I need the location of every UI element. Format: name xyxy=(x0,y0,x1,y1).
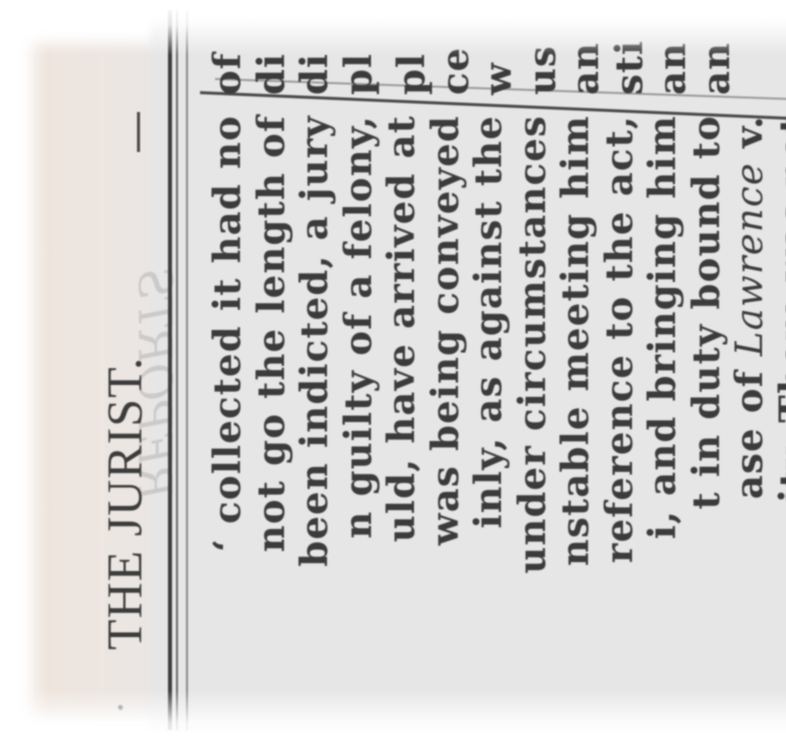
margin-dot xyxy=(118,705,123,710)
running-head-dash xyxy=(137,112,140,152)
fragment: an xyxy=(694,0,738,95)
text-line-case-citation: ase of Lawrence v. xyxy=(727,115,771,715)
fragment: of xyxy=(205,0,249,95)
adjacent-column-fragments: of di di pl pl ce w us an sti an an xyxy=(205,0,737,95)
text-line: under circumstances xyxy=(510,115,554,715)
running-head-title: THE JURIST. xyxy=(95,357,153,650)
text-line: ity. There was not xyxy=(771,115,786,715)
case-name-italic: Lawrence xyxy=(728,162,771,356)
header-rule-faint xyxy=(186,10,188,730)
fragment: us xyxy=(520,0,564,95)
fragment: di xyxy=(249,0,293,95)
text-line: i, and bringing him xyxy=(640,115,684,715)
fragment: di xyxy=(292,0,336,95)
fragment: pl xyxy=(336,0,380,95)
scanned-page-photo: REPORTS THE JURIST. ‘ collected it had n… xyxy=(0,0,786,750)
text-line: been indicted, a jury xyxy=(292,115,336,715)
fragment: w xyxy=(476,0,520,95)
fragment: ce xyxy=(433,0,477,95)
header-rule-thin xyxy=(176,10,178,730)
main-text-column: ‘ collected it had no not go the length … xyxy=(205,115,786,715)
text-line: t in duty bound to xyxy=(684,115,728,715)
fragment: an xyxy=(650,0,694,95)
rotated-page: REPORTS THE JURIST. ‘ collected it had n… xyxy=(0,0,786,750)
header-rule-thick xyxy=(168,10,172,730)
text-line: n guilty of a felony, xyxy=(336,115,380,715)
text-line: was being conveyed xyxy=(423,115,467,715)
text-line: inly, as against the xyxy=(466,115,510,715)
fragment: sti xyxy=(607,0,651,95)
text-line: ‘ collected it had no xyxy=(205,115,249,715)
fragment: an xyxy=(563,0,607,95)
text-line: uld, have arrived at xyxy=(379,115,423,715)
text-line: reference to the act, xyxy=(597,115,641,715)
text-line: nstable meeting him xyxy=(553,115,597,715)
fragment: pl xyxy=(389,0,433,95)
text-line: not go the length of xyxy=(249,115,293,715)
